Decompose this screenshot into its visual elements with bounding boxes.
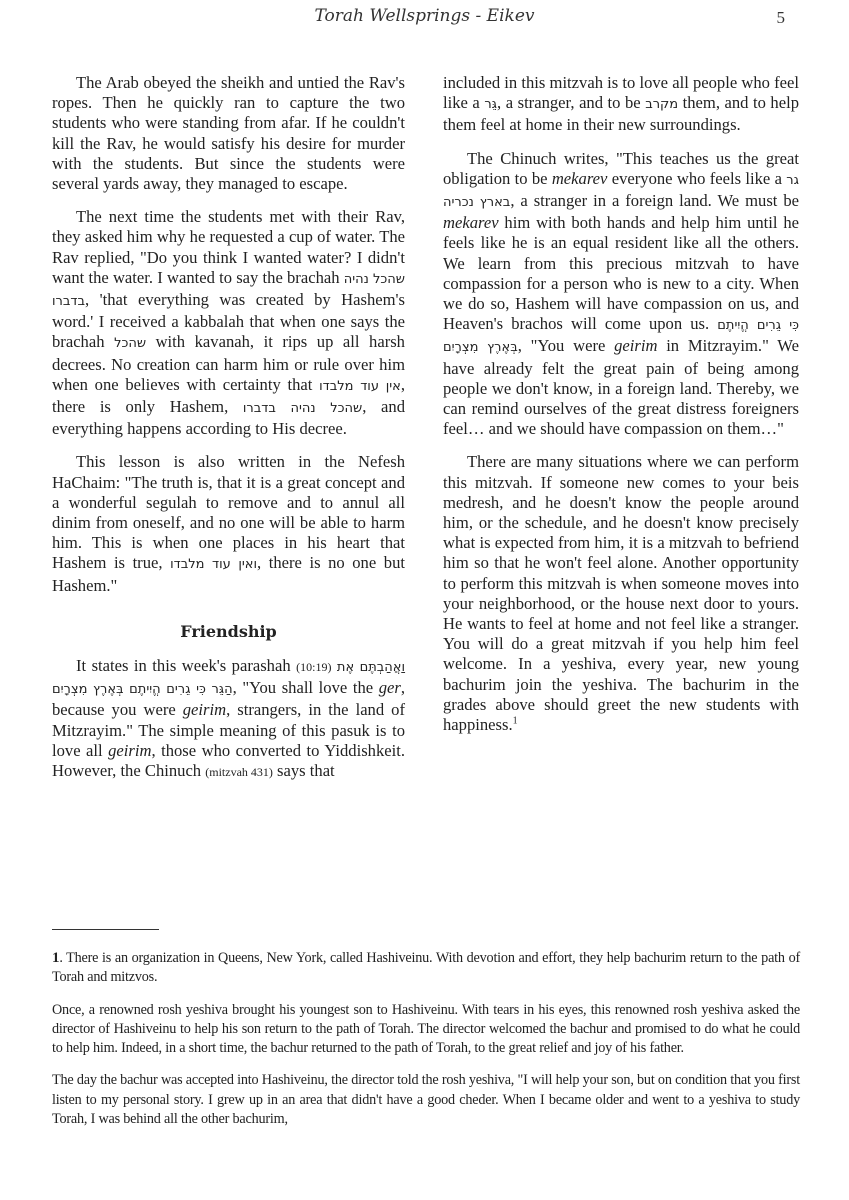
page-number: 5 <box>777 8 786 28</box>
running-title: Torah Wellsprings - Eikev <box>0 6 849 26</box>
footnotes: 1. There is an organization in Queens, N… <box>52 949 800 1142</box>
footnote-paragraph: 1. There is an organization in Queens, N… <box>52 949 800 988</box>
paragraph: The Chinuch writes, "This teaches us the… <box>443 149 799 440</box>
right-column: included in this mitzvah is to love all … <box>443 73 799 748</box>
footnote-paragraph: Once, a renowned rosh yeshiva brought hi… <box>52 1001 800 1059</box>
hebrew-text: מקרב <box>645 97 678 112</box>
footnote-paragraph: The day the bachur was accepted into Has… <box>52 1071 800 1129</box>
hebrew-text: שהכל נהיה בדברו <box>243 401 362 416</box>
paragraph: There are many situations where we can p… <box>443 452 799 735</box>
page-header: Torah Wellsprings - Eikev 5 <box>0 4 849 34</box>
paragraph: The Arab obeyed the sheikh and untied th… <box>52 73 405 194</box>
source-reference: (mitzvah 431) <box>205 765 273 779</box>
footnote-separator <box>52 929 159 930</box>
paragraph: included in this mitzvah is to love all … <box>443 73 799 136</box>
hebrew-text: ואין עוד מלבדו <box>170 557 257 572</box>
left-column: The Arab obeyed the sheikh and untied th… <box>52 73 405 795</box>
section-heading: Friendship <box>52 622 405 642</box>
paragraph: The next time the students met with thei… <box>52 207 405 439</box>
footnote-reference[interactable]: 1 <box>513 716 518 727</box>
paragraph: This lesson is also written in the Nefes… <box>52 452 405 595</box>
source-reference: (10:19) <box>296 660 331 674</box>
hebrew-text: שהכל <box>114 336 146 351</box>
paragraph: It states in this week's parashah (10:19… <box>52 656 405 782</box>
hebrew-text: גֵּר <box>484 97 497 112</box>
hebrew-text: אין עוד מלבדו <box>319 379 401 394</box>
